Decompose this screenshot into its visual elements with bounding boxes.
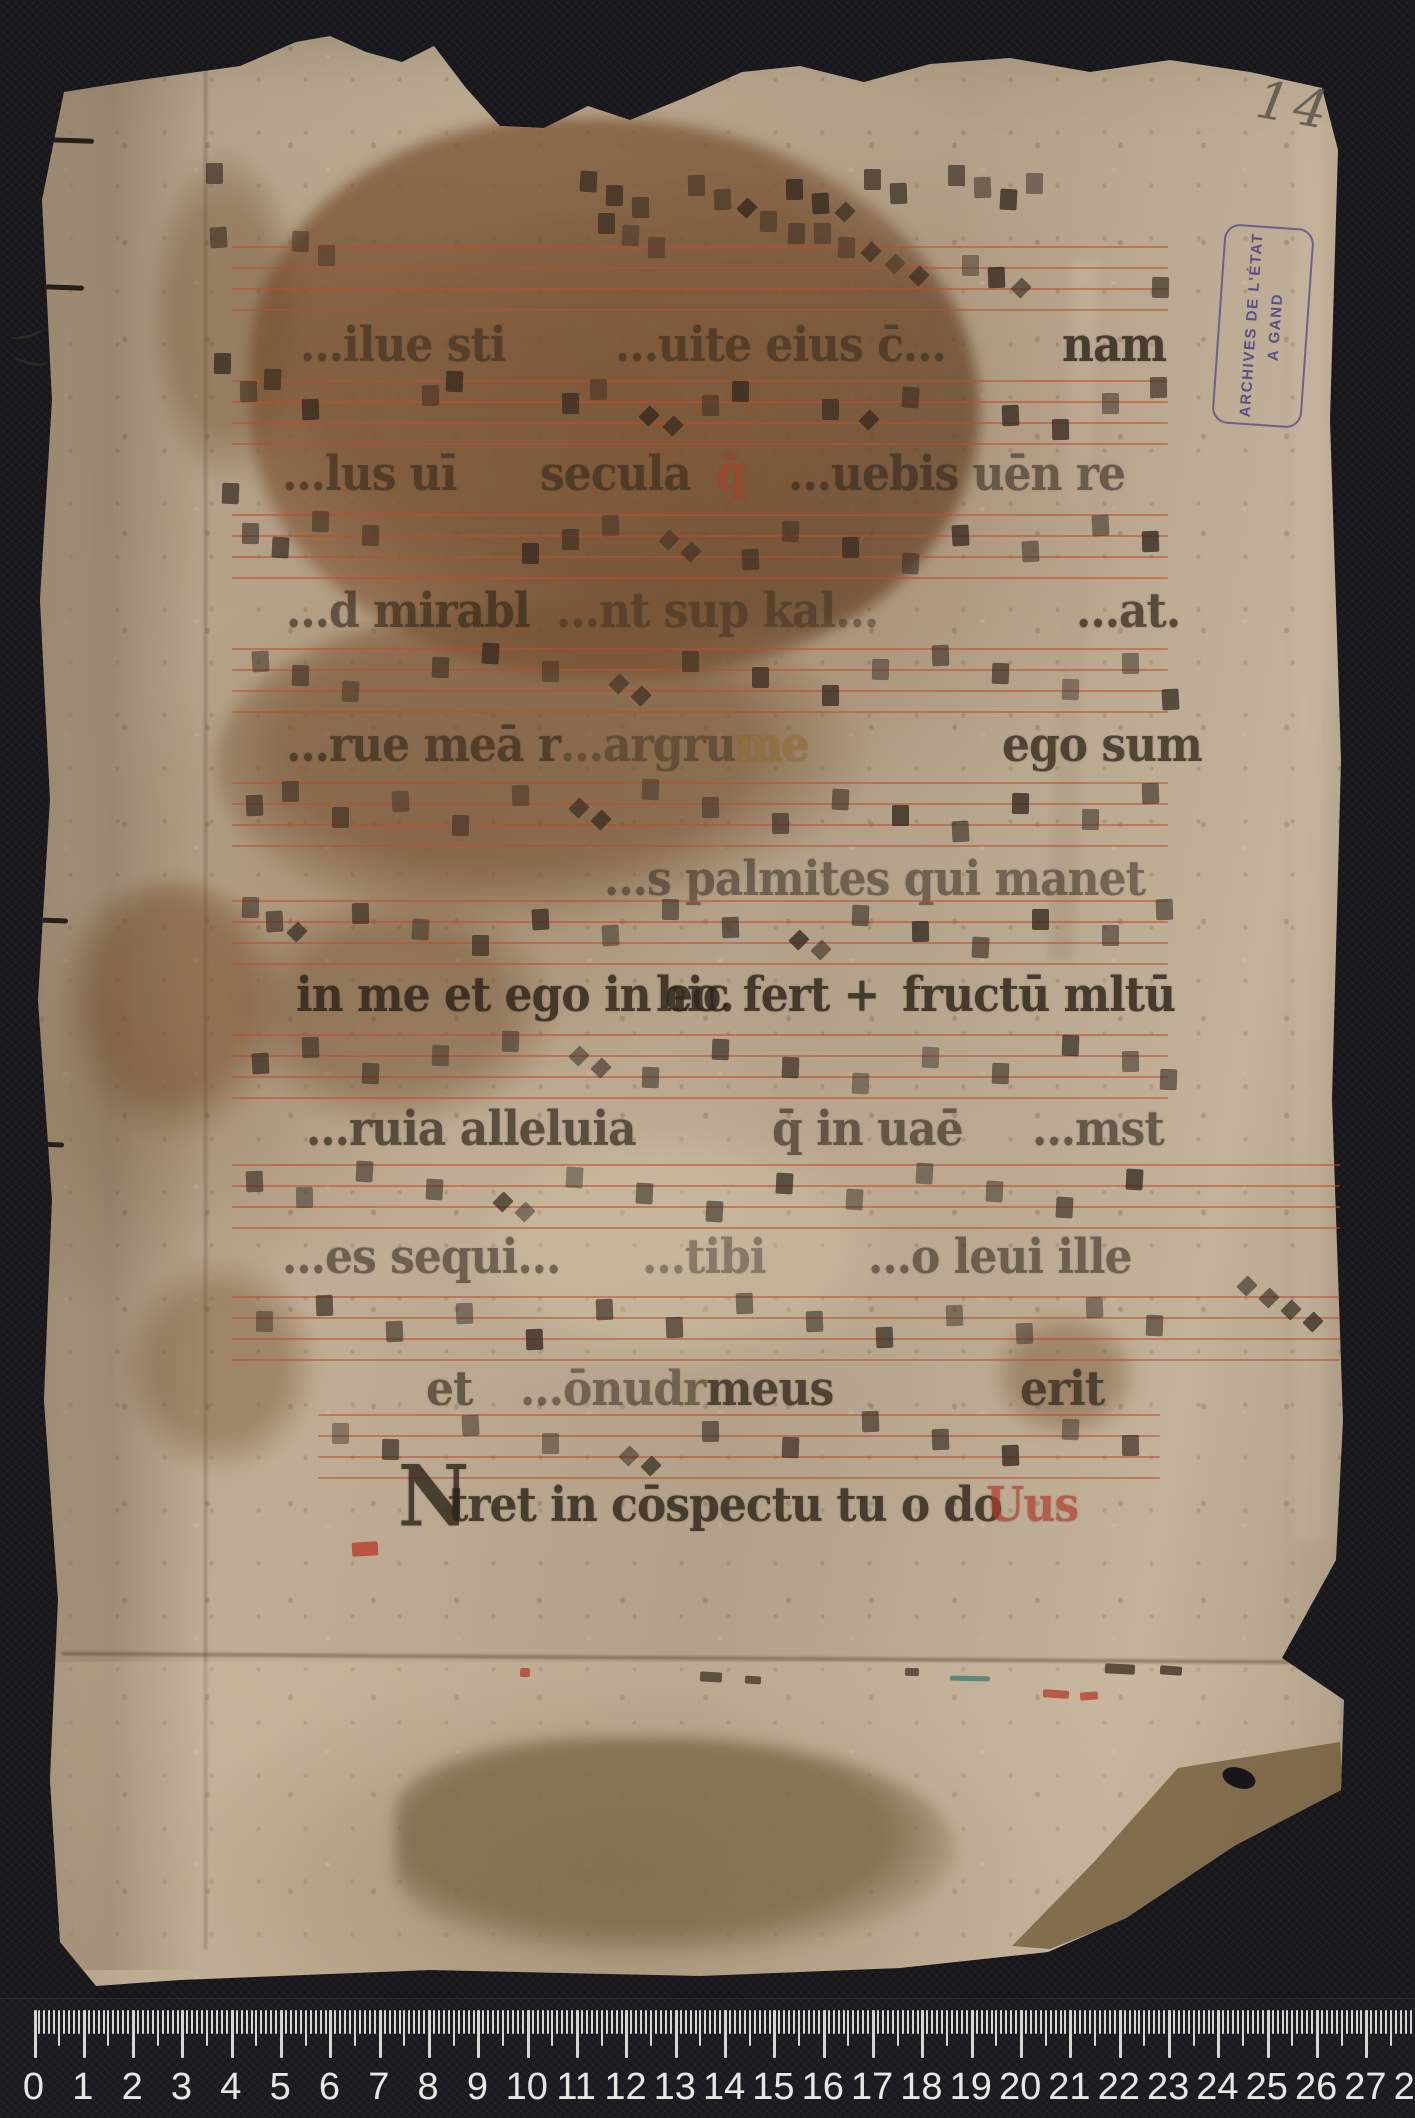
pigment-trace	[1080, 1691, 1099, 1700]
pigment-trace	[1105, 1663, 1135, 1675]
pigment-trace	[950, 1676, 990, 1682]
pigment-traces-layer	[0, 0, 1415, 2118]
pigment-trace	[520, 1668, 530, 1678]
pigment-trace	[905, 1668, 919, 1676]
pigment-trace	[1043, 1689, 1069, 1699]
folio-number: 14	[1251, 70, 1336, 142]
ruler-body	[0, 1998, 1415, 2118]
pigment-trace	[700, 1671, 722, 1682]
archive-stamp-line2: A GAND	[1264, 292, 1286, 361]
archive-stamp: ARCHIVES DE L'ÉTAT A GAND	[1211, 223, 1315, 429]
photo-backdrop: …ilue sti…uite eius c̄…nam…lus uīseculaq…	[0, 0, 1415, 2118]
pigment-trace	[1160, 1665, 1183, 1676]
pigment-trace	[352, 1541, 379, 1556]
archive-stamp-line1: ARCHIVES DE L'ÉTAT	[1236, 232, 1266, 418]
pigment-trace	[745, 1676, 761, 1685]
